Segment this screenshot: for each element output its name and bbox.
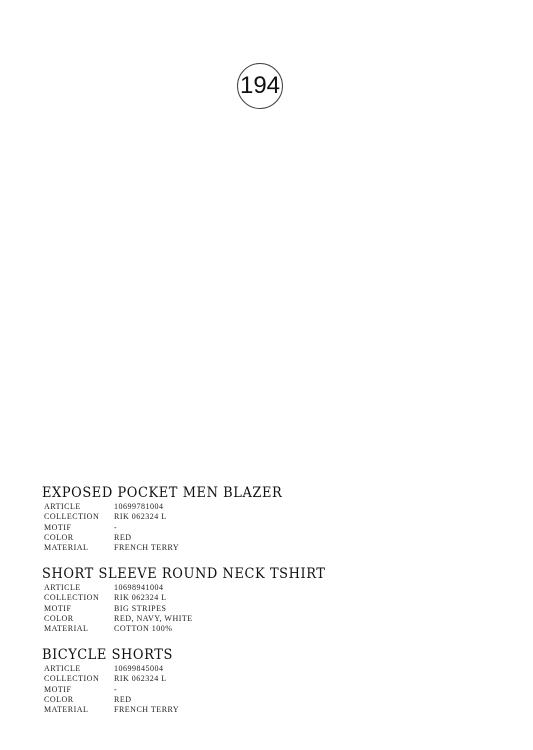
spec-value: RIK 062324 L [114,593,167,603]
product-title: BICYCLE SHORTS [42,647,174,663]
spec-label: MATERIAL [42,543,114,553]
spec-value: 10698941004 [114,583,164,593]
spec-row-collection: COLLECTIONRIK 062324 L [42,593,337,603]
spec-row-color: COLORRED [42,695,179,705]
spec-row-article: ARTICLE10699781004 [42,502,292,512]
spec-row-motif: MOTIF- [42,523,292,533]
spec-row-motif: MOTIFBIG STRIPES [42,604,337,614]
spec-value: BIG STRIPES [114,604,166,614]
spec-label: ARTICLE [42,502,114,512]
product-block: BICYCLE SHORTS ARTICLE10699845004 COLLEC… [42,647,179,715]
spec-label: COLOR [42,614,114,624]
spec-row-article: ARTICLE10698941004 [42,583,337,593]
spec-label: COLLECTION [42,593,114,603]
spec-list: ARTICLE10699845004 COLLECTIONRIK 062324 … [42,664,179,715]
spec-row-motif: MOTIF- [42,685,179,695]
product-block: SHORT SLEEVE ROUND NECK TSHIRT ARTICLE10… [42,566,337,634]
page-number: 194 [240,72,280,100]
spec-value: RED [114,695,132,705]
page-number-badge: 194 [237,63,283,109]
spec-value: FRENCH TERRY [114,705,179,715]
spec-row-color: COLORRED, NAVY, WHITE [42,614,337,624]
spec-value: COTTON 100% [114,624,172,634]
spec-value: 10699781004 [114,502,164,512]
spec-list: ARTICLE10698941004 COLLECTIONRIK 062324 … [42,583,337,634]
spec-value: - [114,523,117,533]
spec-row-material: MATERIALFRENCH TERRY [42,543,292,553]
spec-label: MOTIF [42,523,114,533]
spec-value: 10699845004 [114,664,164,674]
spec-row-color: COLORRED [42,533,292,543]
spec-label: COLOR [42,533,114,543]
spec-label: COLLECTION [42,512,114,522]
spec-label: ARTICLE [42,664,114,674]
spec-list: ARTICLE10699781004 COLLECTIONRIK 062324 … [42,502,292,553]
spec-row-article: ARTICLE10699845004 [42,664,179,674]
spec-row-material: MATERIALFRENCH TERRY [42,705,179,715]
spec-label: COLOR [42,695,114,705]
spec-value: FRENCH TERRY [114,543,179,553]
spec-label: COLLECTION [42,674,114,684]
spec-label: MOTIF [42,604,114,614]
spec-row-collection: COLLECTIONRIK 062324 L [42,512,292,522]
spec-value: RED, NAVY, WHITE [114,614,193,624]
spec-label: MOTIF [42,685,114,695]
product-block: EXPOSED POCKET MEN BLAZER ARTICLE1069978… [42,485,292,553]
spec-label: ARTICLE [42,583,114,593]
spec-value: - [114,685,117,695]
spec-row-collection: COLLECTIONRIK 062324 L [42,674,179,684]
spec-label: MATERIAL [42,705,114,715]
product-title: SHORT SLEEVE ROUND NECK TSHIRT [42,566,326,582]
product-title: EXPOSED POCKET MEN BLAZER [42,485,282,501]
spec-label: MATERIAL [42,624,114,634]
spec-row-material: MATERIALCOTTON 100% [42,624,337,634]
spec-value: RED [114,533,132,543]
spec-value: RIK 062324 L [114,512,167,522]
spec-value: RIK 062324 L [114,674,167,684]
